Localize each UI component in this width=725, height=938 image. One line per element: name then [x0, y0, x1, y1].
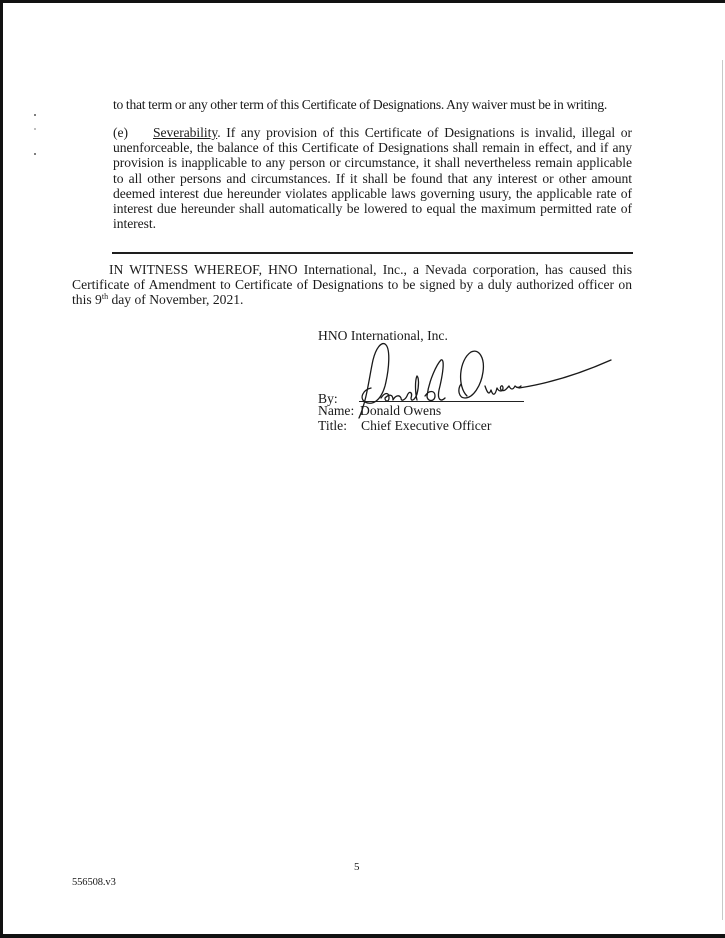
signature-line — [359, 401, 524, 402]
page-number: 5 — [354, 861, 360, 873]
witness-date-line: this 9th day of November, 2021. — [72, 292, 632, 307]
signatory-title-row: Title:Chief Executive Officer — [318, 418, 491, 433]
signatory-name-row: Name:Donald Owens — [318, 403, 441, 418]
witness-line: IN WITNESS WHEREOF, HNO International, I… — [72, 262, 632, 277]
scan-mark — [34, 128, 36, 130]
date-rest: day of November, 2021. — [108, 292, 243, 307]
section-label: (e) — [113, 125, 153, 140]
section-line: interest due hereunder shall automatical… — [113, 201, 632, 216]
section-heading: Severability — [153, 125, 217, 140]
witness-line: Certificate of Amendment to Certificate … — [72, 277, 632, 292]
document-page: to that term or any other term of this C… — [0, 0, 725, 938]
scan-mark — [34, 114, 36, 116]
signatory-title: Chief Executive Officer — [361, 418, 491, 433]
section-line: to all other persons and circumstances. … — [113, 171, 632, 186]
section-e-first-line: (e)Severability. If any provision of thi… — [113, 125, 632, 140]
scan-edge — [722, 60, 723, 920]
date-prefix: this 9 — [72, 292, 102, 307]
document-id: 556508.v3 — [72, 877, 116, 889]
section-text: . If any provision of this Certificate o… — [217, 125, 632, 140]
section-line: interest. — [113, 216, 632, 231]
section-line: provision is inapplicable to any person … — [113, 155, 632, 170]
scan-mark — [34, 153, 36, 155]
continuation-line: to that term or any other term of this C… — [113, 97, 633, 112]
section-e-severability: (e)Severability. If any provision of thi… — [113, 125, 632, 231]
section-line: deemed interest due hereunder violates a… — [113, 186, 632, 201]
section-line: unenforceable, the balance of this Certi… — [113, 140, 632, 155]
signatory-name: Donald Owens — [360, 403, 441, 418]
name-label: Name: — [318, 403, 360, 418]
witness-clause: IN WITNESS WHEREOF, HNO International, I… — [72, 262, 632, 308]
signatory-company: HNO International, Inc. — [318, 328, 448, 343]
section-divider — [112, 252, 633, 254]
title-label: Title: — [318, 418, 361, 433]
